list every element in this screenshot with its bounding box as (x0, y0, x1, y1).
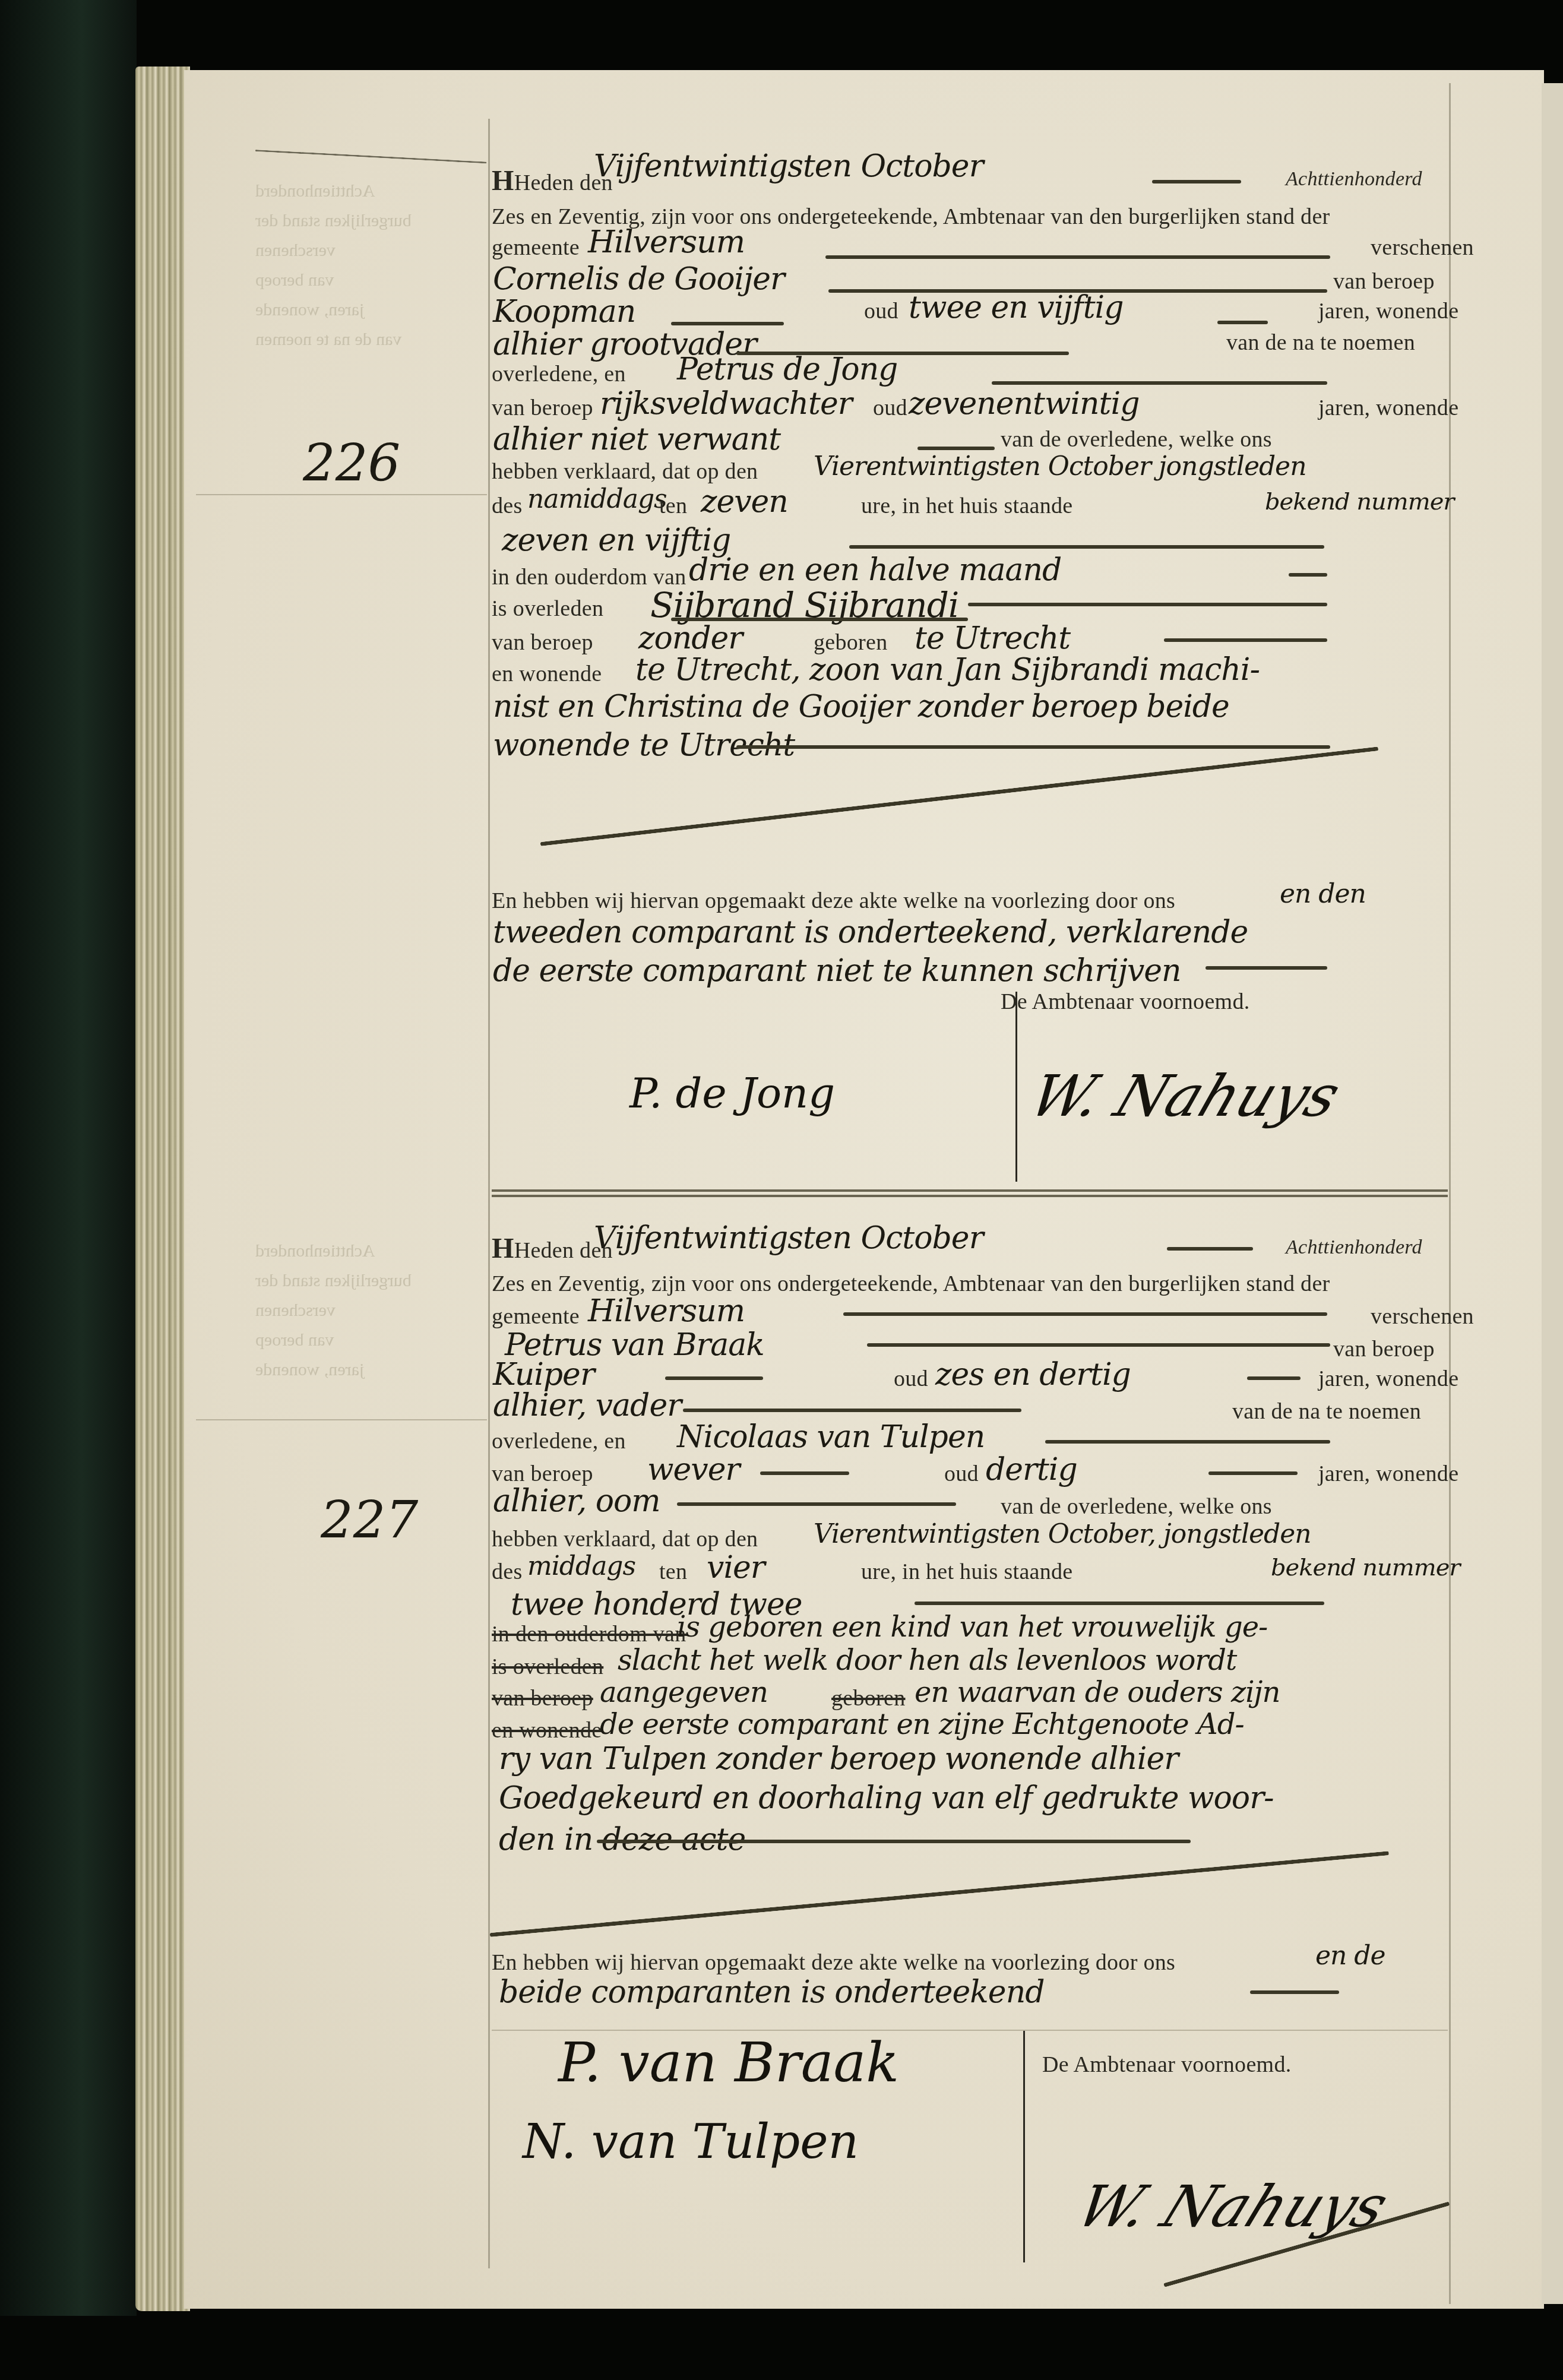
printed-van-beroep-struck: van beroep (492, 1685, 593, 1711)
hand-stillbirth-3: aangegeven (600, 1676, 768, 1709)
hand-parents-2: ry van Tulpen zonder beroep wonende alhi… (499, 1741, 1178, 1777)
official-label: De Ambtenaar voornoemd. (1042, 2052, 1292, 2078)
fill-line (665, 1376, 763, 1380)
book-cover-left (0, 0, 137, 2316)
fill-line (1167, 1247, 1253, 1251)
hand-occupation-2: rijksveldwachter (600, 386, 852, 422)
printed-ure-huis-staande: ure, in het huis staande (861, 493, 1073, 519)
fill-line (597, 1840, 1191, 1843)
printed-achttienhonderd: Achttienhonderd (1286, 168, 1422, 191)
printed-gemeente: gemeente (492, 1303, 580, 1330)
fill-line (1247, 1376, 1301, 1380)
hand-parents-1: de eerste comparant en zijne Echtgenoote… (600, 1708, 1244, 1741)
act-separator (492, 1189, 1448, 1192)
printed-en-wonende-struck: en wonende (492, 1717, 602, 1743)
fill-line (760, 1471, 849, 1475)
hand-municipality: Hilversum (588, 224, 745, 260)
printed-van-beroep: van beroep (492, 629, 593, 656)
printed-closing: En hebben wij hiervan opgemaakt deze akt… (492, 1949, 1175, 1976)
hand-age-1: zes en dertig (935, 1357, 1131, 1392)
signature-official: W. Nahuys (1021, 1063, 1349, 1129)
printed-en-wonende: en wonende (492, 661, 602, 687)
printed-oud: oud (944, 1461, 979, 1487)
printed-ten: ten (659, 1559, 687, 1585)
bleed-through-text: burgerlijken stand der (255, 211, 412, 231)
printed-jaren-wonende: jaren, wonende (1318, 298, 1458, 324)
margin-divider (488, 119, 490, 2268)
fill-line (992, 381, 1327, 385)
hand-occupation-1: Koopman (493, 294, 635, 330)
hand-occupation-1: Kuiper (493, 1357, 594, 1392)
printed-oud: oud (864, 298, 898, 324)
hand-closing-1: en den (1280, 879, 1366, 909)
hand-stillbirth-2: slacht het welk door hen als levenloos w… (618, 1644, 1236, 1677)
hand-stillbirth-4: en waarvan de ouders zijn (915, 1676, 1280, 1709)
act-number: 227 (321, 1490, 418, 1550)
hand-death-date: Vierentwintigsten October, jongstleden (814, 1519, 1311, 1549)
printed-overledene-en: overledene, en (492, 1428, 626, 1454)
hand-date: Vijfentwintigsten October (594, 1220, 983, 1256)
bleed-through-text: verschenen (255, 240, 336, 261)
printed-achttienhonderd: Achttienhonderd (1286, 1236, 1422, 1259)
printed-is-overleden-struck: is overleden (492, 1654, 603, 1680)
fill-line (1217, 321, 1268, 324)
hand-closing-2: beide comparanten is onderteekend (499, 1974, 1044, 2010)
hand-approval-note: Goedgekeurd en doorhaling van elf gedruk… (499, 1780, 1274, 1816)
bleed-through-text: verschenen (255, 1300, 336, 1321)
hand-time-of-day: middags (527, 1551, 635, 1581)
printed-des: des (492, 1559, 523, 1585)
hand-stillbirth-1: is geboren een kind van het vrouwelijk g… (677, 1610, 1267, 1644)
hand-age-deceased: drie en een halve maand (689, 552, 1061, 588)
bleed-through-text: jaren, wonende (255, 300, 364, 320)
signature-declarant: P. de Jong (629, 1069, 835, 1118)
fill-line (1208, 1471, 1298, 1475)
hand-house-number-label: bekend nummer (1271, 1554, 1460, 1581)
margin-rule (196, 494, 487, 495)
bleed-through-text: burgerlijken stand der (255, 1271, 412, 1291)
fill-line (1289, 573, 1327, 577)
fill-line (683, 1409, 1021, 1412)
fill-line (917, 447, 995, 450)
hand-house-number-label: bekend nummer (1265, 488, 1454, 515)
fill-line (1164, 638, 1327, 642)
printed-hebben-verklaard: hebben verklaard, dat op den (492, 1526, 758, 1552)
printed-van-de-na-te-noemen: van de na te noemen (1232, 1398, 1421, 1425)
hand-residence-relation-1: alhier, vader (493, 1388, 681, 1423)
hand-declarant-2: Petrus de Jong (677, 352, 897, 387)
bleed-through-text: van de na te noemen (255, 330, 402, 350)
hand-residence-relation-2: alhier, oom (493, 1483, 660, 1519)
hand-death-date: Vierentwintigsten October jongstleden (814, 451, 1306, 482)
official-label: De Ambtenaar voornoemd. (1001, 989, 1250, 1015)
fill-line (671, 322, 784, 325)
hand-closing-1: en de (1315, 1941, 1385, 1971)
printed-jaren-wonende: jaren, wonende (1318, 395, 1458, 421)
signature-brace (1015, 992, 1017, 1182)
printed-van-de-na-te-noemen: van de na te noemen (1226, 330, 1415, 356)
hand-closing-2: tweeden comparant is onderteekend, verkl… (493, 914, 1248, 950)
next-page-edge (1542, 83, 1563, 2304)
hand-time-of-day: namiddags (527, 484, 667, 514)
hand-hour: zeven (701, 484, 788, 520)
hand-declarant-2: Nicolaas van Tulpen (677, 1419, 985, 1455)
fill-line (825, 255, 1330, 259)
page-edges (135, 67, 190, 2311)
bleed-through-text: Achttienhonderd (255, 1241, 375, 1261)
printed-oud: oud (894, 1366, 928, 1392)
printed-gemeente: gemeente (492, 235, 580, 261)
hand-occupation-deceased: zonder (638, 621, 742, 656)
hand-date: Vijfentwintigsten October (594, 148, 983, 184)
hand-parents: nist en Christina de Gooijer zonder bero… (493, 689, 1229, 724)
printed-ure-huis-staande: ure, in het huis staande (861, 1559, 1073, 1585)
fill-line (1250, 1990, 1339, 1994)
fill-line (915, 1602, 1324, 1605)
hand-hour: vier (707, 1550, 765, 1585)
fill-line (1206, 966, 1327, 970)
fill-line (1045, 1440, 1330, 1444)
printed-oud: oud (873, 395, 907, 421)
act-number: 226 (303, 433, 400, 493)
printed-van-beroep: van beroep (1333, 268, 1435, 295)
hand-age-2: dertig (986, 1452, 1077, 1487)
printed-van-beroep: van beroep (1333, 1336, 1435, 1362)
hand-age-1: twee en vijftig (909, 290, 1123, 325)
printed-van-beroep: van beroep (492, 395, 593, 421)
printed-closing: En hebben wij hiervan opgemaakt deze akt… (492, 888, 1175, 914)
hand-closing-3: de eerste comparant niet te kunnen schri… (493, 953, 1181, 989)
fill-line (1152, 180, 1241, 183)
fill-line (736, 745, 1330, 749)
fill-line (968, 603, 1327, 606)
printed-is-overleden: is overleden (492, 596, 603, 622)
printed-jaren-wonende: jaren, wonende (1318, 1461, 1458, 1487)
signature-brace (1023, 2031, 1025, 2262)
printed-des: des (492, 493, 523, 519)
bleed-through-text: van beroep (255, 270, 334, 290)
hand-residence-relation-2: alhier niet verwant (493, 422, 780, 457)
printed-van-de-overledene: van de overledene, welke ons (1001, 1493, 1272, 1520)
fill-line (849, 545, 1324, 549)
printed-verschenen: verschenen (1371, 1303, 1474, 1330)
printed-overledene-en: overledene, en (492, 361, 626, 387)
printed-verschenen: verschenen (1371, 235, 1474, 261)
signature-declarant-2: N. van Tulpen (523, 2114, 859, 2169)
hand-birthplace: te Utrecht (915, 621, 1070, 656)
hand-municipality: Hilversum (588, 1293, 745, 1329)
hand-occupation-2: wever (647, 1452, 739, 1487)
margin-rule (196, 1419, 487, 1420)
bleed-through-text: jaren, wonende (255, 1360, 364, 1380)
printed-van-de-overledene: van de overledene, welke ons (1001, 426, 1272, 452)
bleed-through-text: van beroep (255, 1330, 334, 1350)
hand-declarant-1: Cornelis de Gooijer (493, 261, 784, 297)
act-separator (492, 1195, 1448, 1197)
fill-line (867, 1343, 1330, 1347)
hand-residence-parents: te Utrecht, zoon van Jan Sijbrandi machi… (635, 652, 1260, 688)
printed-jaren-wonende: jaren, wonende (1318, 1366, 1458, 1392)
printed-hebben-verklaard: hebben verklaard, dat op den (492, 458, 758, 485)
fill-line (843, 1312, 1327, 1316)
signature-declarant-1: P. van Braak (558, 2031, 899, 2094)
bleed-through-text: Achttienhonderd (255, 181, 375, 201)
fill-line (677, 1502, 956, 1506)
hand-age-2: zevenentwintig (909, 386, 1139, 422)
printed-ten: ten (659, 493, 687, 519)
